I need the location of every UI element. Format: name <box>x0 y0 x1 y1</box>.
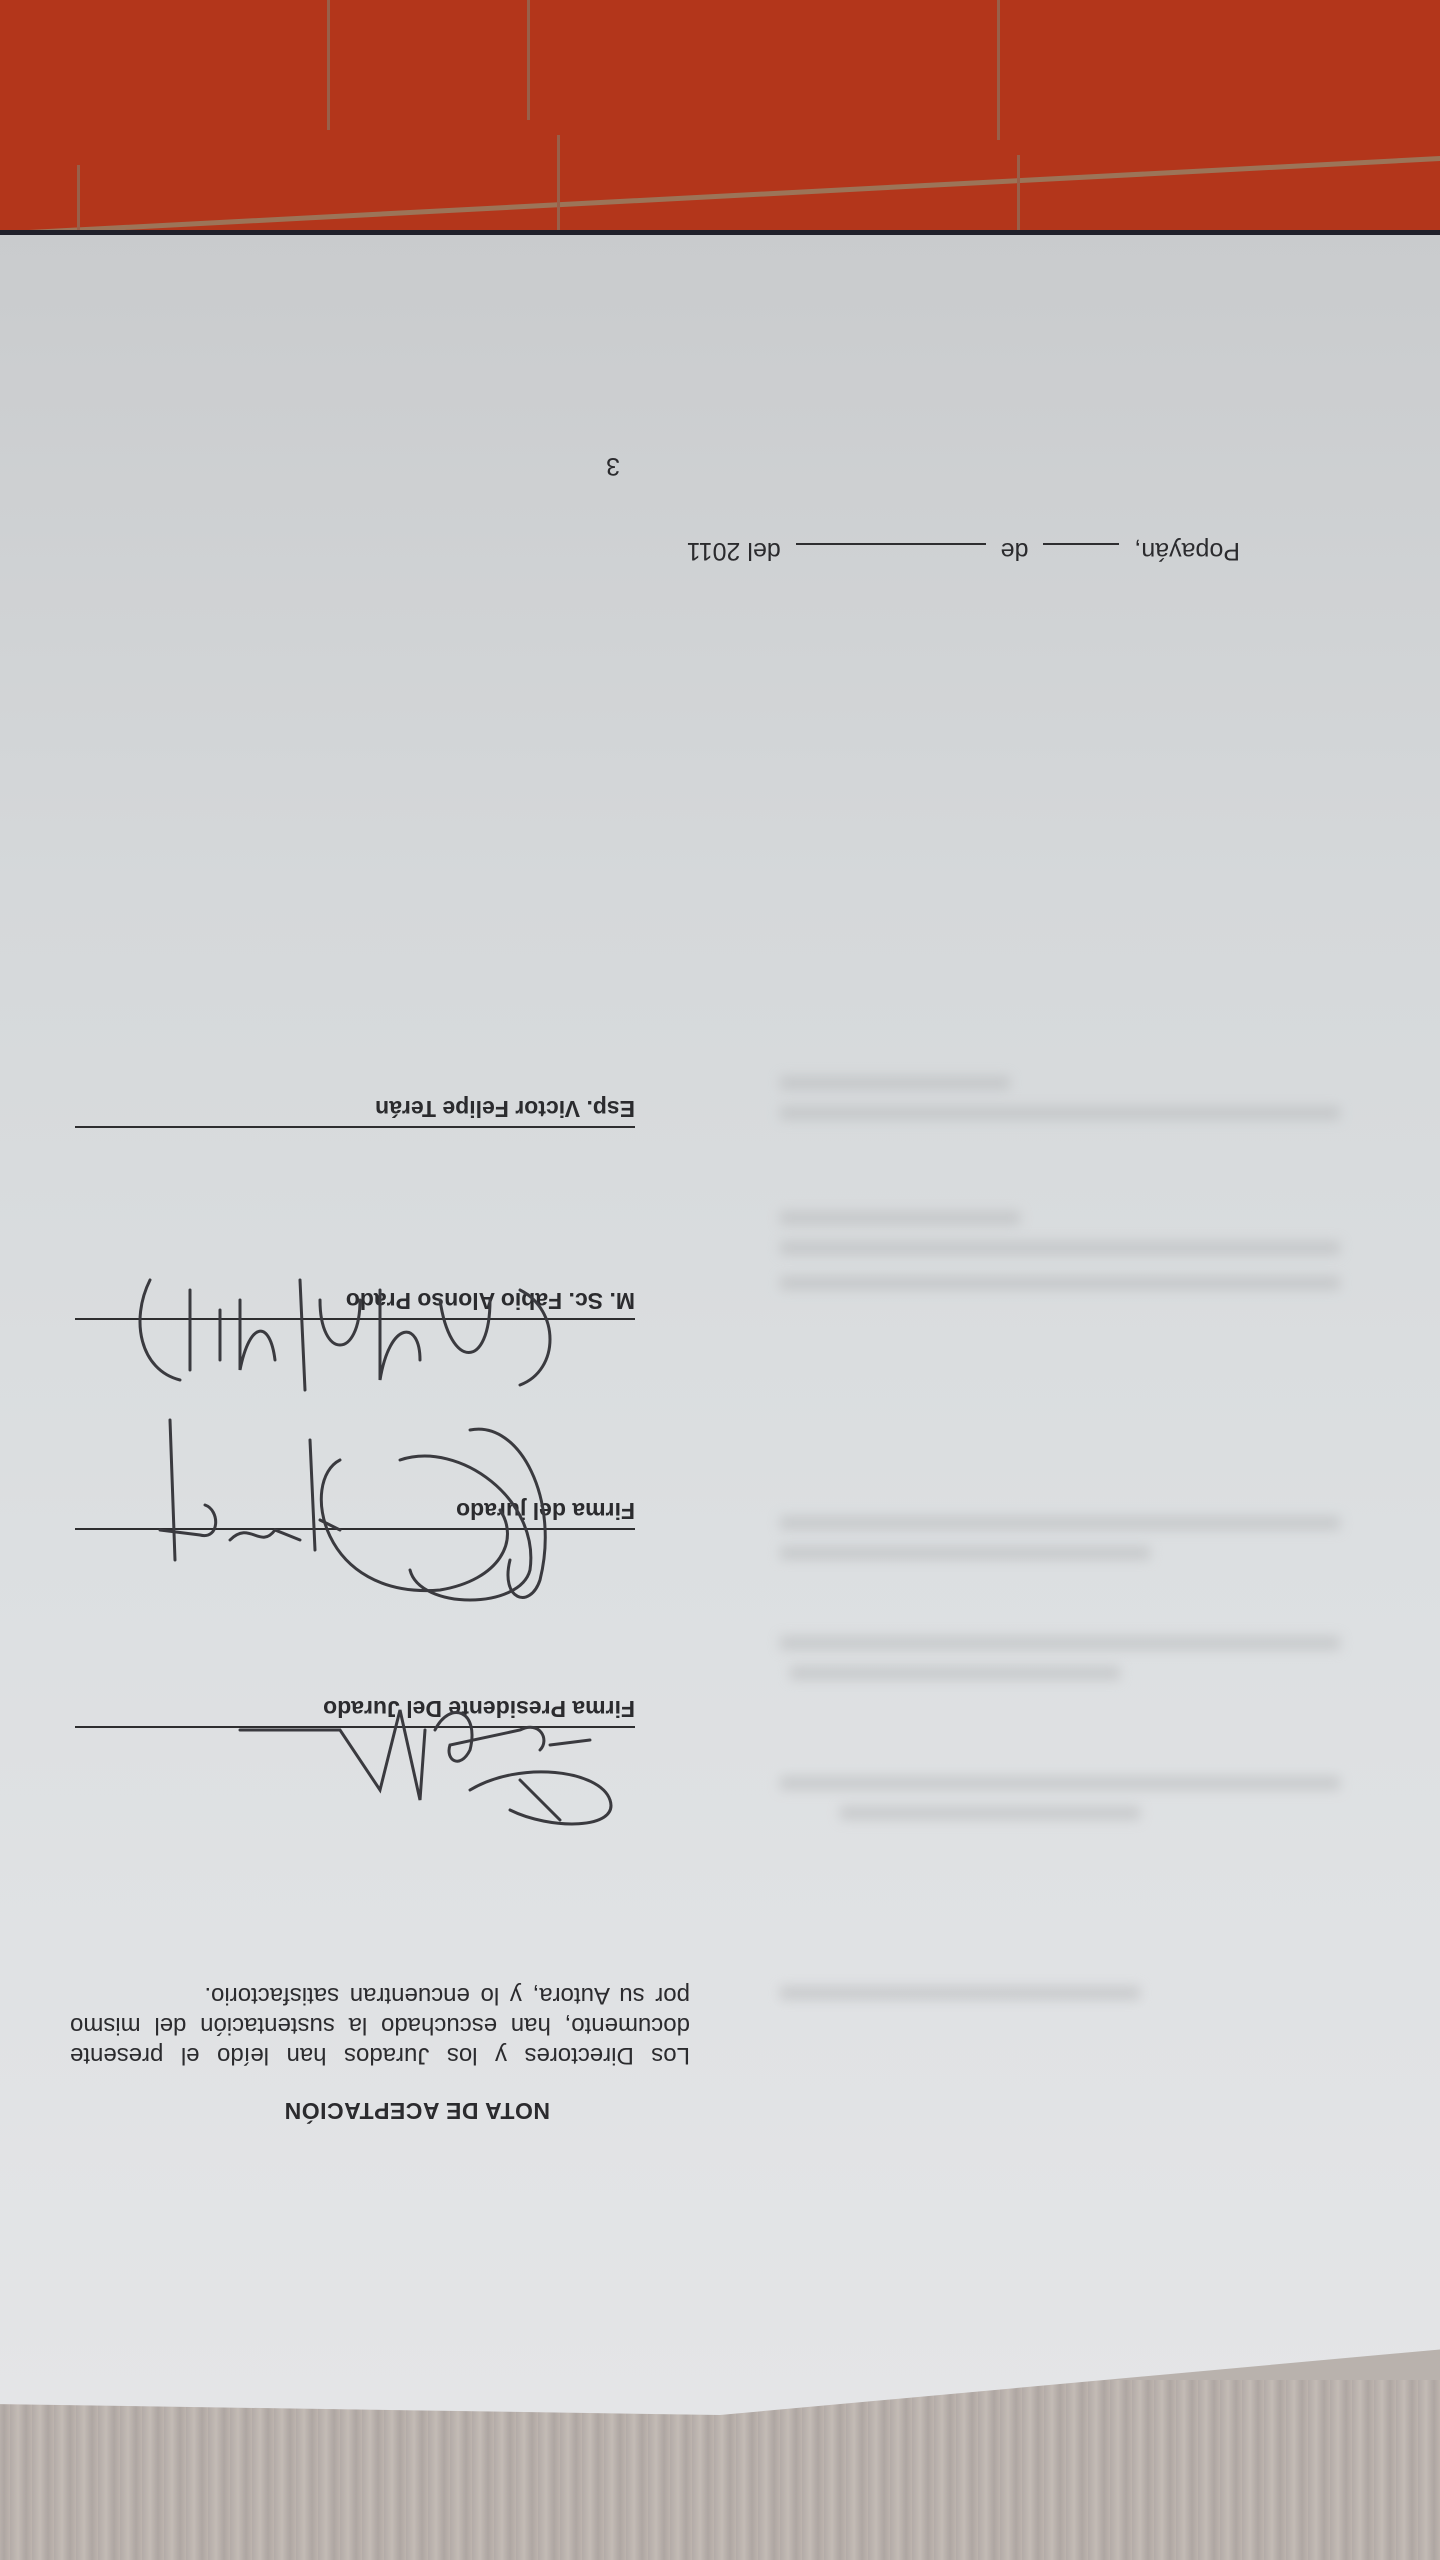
signature-label: M. Sc. Fabio Alonso Prado <box>75 1287 635 1314</box>
signature-line <box>75 1528 635 1530</box>
signature-line <box>75 1126 635 1128</box>
signature-label: Esp. Victor Felipe Terán <box>75 1095 635 1122</box>
signature-block-fabio-alonso-prado: M. Sc. Fabio Alonso Prado <box>75 1287 635 1320</box>
signature-block-victor-felipe-teran: Esp. Victor Felipe Terán <box>75 1095 635 1128</box>
signature-line <box>75 1318 635 1320</box>
signature-label: Firma del jurado <box>75 1497 635 1524</box>
signature-block-president: Firma Presidente Del Jurado <box>75 1695 635 1728</box>
date-year: del 2011 <box>687 537 781 565</box>
page-title: NOTA DE ACEPTACIÓN <box>284 2097 550 2124</box>
signature-block-jury: Firma del jurado <box>75 1497 635 1530</box>
date-connector: de <box>1001 537 1029 565</box>
page-number: 3 <box>606 451 620 480</box>
date-city: Popayán, <box>1134 537 1240 565</box>
document-content: NOTA DE ACEPTACIÓN Los Directores y los … <box>0 0 1440 2560</box>
signature-line <box>75 1726 635 1728</box>
signature-label: Firma Presidente Del Jurado <box>75 1695 635 1722</box>
photo-scene: NOTA DE ACEPTACIÓN Los Directores y los … <box>0 0 1440 2560</box>
handwritten-signature <box>120 1260 580 1400</box>
date-line: Popayán, de del 2011 <box>687 536 1240 565</box>
day-blank-field <box>1043 543 1119 563</box>
month-blank-field <box>796 543 986 563</box>
acceptance-paragraph: Los Directores y los Jurados han leído e… <box>70 1980 690 2070</box>
